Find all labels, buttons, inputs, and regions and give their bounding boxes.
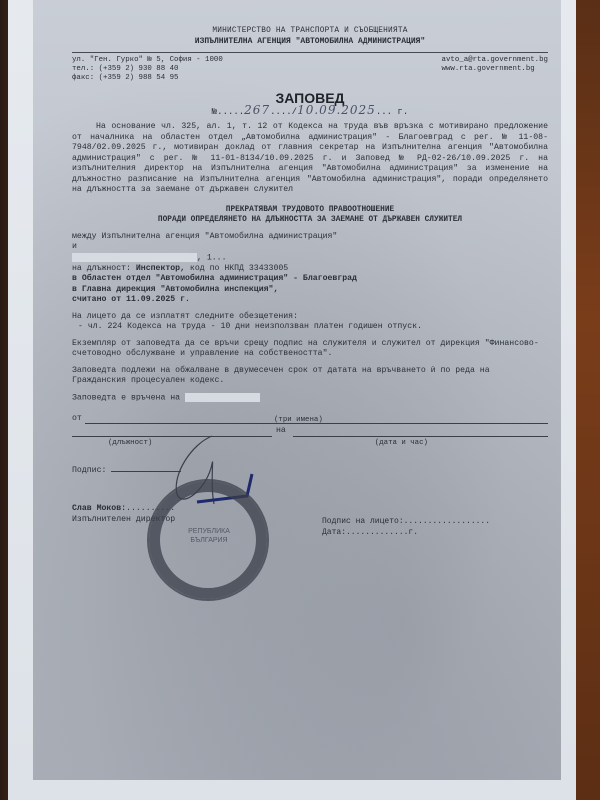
redacted-name xyxy=(72,253,197,262)
served-to-line: Заповедта е връчена на xyxy=(72,393,548,404)
decision-heading-2: ПОРАДИ ОПРЕДЕЛЯНЕТО НА ДЛЪЖНОСТТА ЗА ЗАЕ… xyxy=(72,215,548,226)
compensation-item: - чл. 224 Кодекса на труда - 10 дни неиз… xyxy=(72,322,548,333)
website: www.rta.government.bg xyxy=(442,65,548,74)
email: avto_a@rta.government.bg xyxy=(442,56,548,65)
order-number-line: №.....267..../10.09.2025... г. xyxy=(72,105,548,118)
header-divider xyxy=(72,52,548,53)
copy-note: Екземпляр от заповедта да се връчи срещу… xyxy=(72,339,548,360)
three-names-label: (три имена) xyxy=(274,415,323,426)
position-label: (длъжност) xyxy=(108,438,152,449)
position-line-2: в Областен отдел "Автомобилна администра… xyxy=(72,274,548,285)
signature-block: Подпис: Слав Моков:.......... Изпълнител… xyxy=(72,454,548,564)
parties-between: между Изпълнителна агенция "Автомобилна … xyxy=(72,232,548,243)
official-stamp-icon: РЕПУБЛИКА БЪЛГАРИЯ xyxy=(147,479,269,601)
position-line-3: в Главна дирекция "Автомобилна инспекция… xyxy=(72,285,548,296)
recipient-signature-line: Подпис на лицето:.................. xyxy=(322,516,490,527)
agency-name: ИЗПЪЛНИТЕЛНА АГЕНЦИЯ "АВТОМОБИЛНА АДМИНИ… xyxy=(72,37,548,48)
appeal-note: Заповедта подлежи на обжалване в двумесе… xyxy=(72,366,548,387)
fax: факс: (+359 2) 988 54 95 xyxy=(72,74,223,83)
names-date-line: (три имена) на xyxy=(72,426,548,437)
decision-heading-1: ПРЕКРАТЯВАМ ТРУДОВОТО ПРАВООТНОШЕНИЕ xyxy=(72,205,548,216)
order-document: МИНИСТЕРСТВО НА ТРАНСПОРТА И СЪОБЩЕНИЯТА… xyxy=(72,26,548,564)
ministry-name: МИНИСТЕРСТВО НА ТРАНСПОРТА И СЪОБЩЕНИЯТА xyxy=(72,26,548,37)
recipient-signature: Подпис на лицето:.................. Дата… xyxy=(322,516,490,538)
phone: тел.: (+359 2) 930 88 40 xyxy=(72,65,223,74)
contacts: ул. "Ген. Гурко" № 5, София - 1000 тел.:… xyxy=(72,56,548,83)
order-date: 10.09.2025 xyxy=(297,103,376,117)
compensation-intro: На лицето да се изплатят следните обезще… xyxy=(72,312,548,323)
redacted-recipient xyxy=(185,393,260,402)
signatory-name: Слав Моков: xyxy=(72,504,126,513)
order-number: 267 xyxy=(244,103,270,117)
preamble: На основание чл. 325, ал. 1, т. 12 от Ко… xyxy=(72,122,548,196)
recipient-date-line: Дата:.............г. xyxy=(322,527,490,538)
employee-name-line: , 1... xyxy=(72,253,548,264)
effective-date: считано от 11.09.2025 г. xyxy=(72,295,548,306)
date-time-label: (дата и час) xyxy=(375,438,428,449)
parties-and: и xyxy=(72,242,548,253)
address: ул. "Ген. Гурко" № 5, София - 1000 xyxy=(72,56,223,65)
position-line-1: на длъжност: Инспектор, код по НКПД 3343… xyxy=(72,264,548,275)
